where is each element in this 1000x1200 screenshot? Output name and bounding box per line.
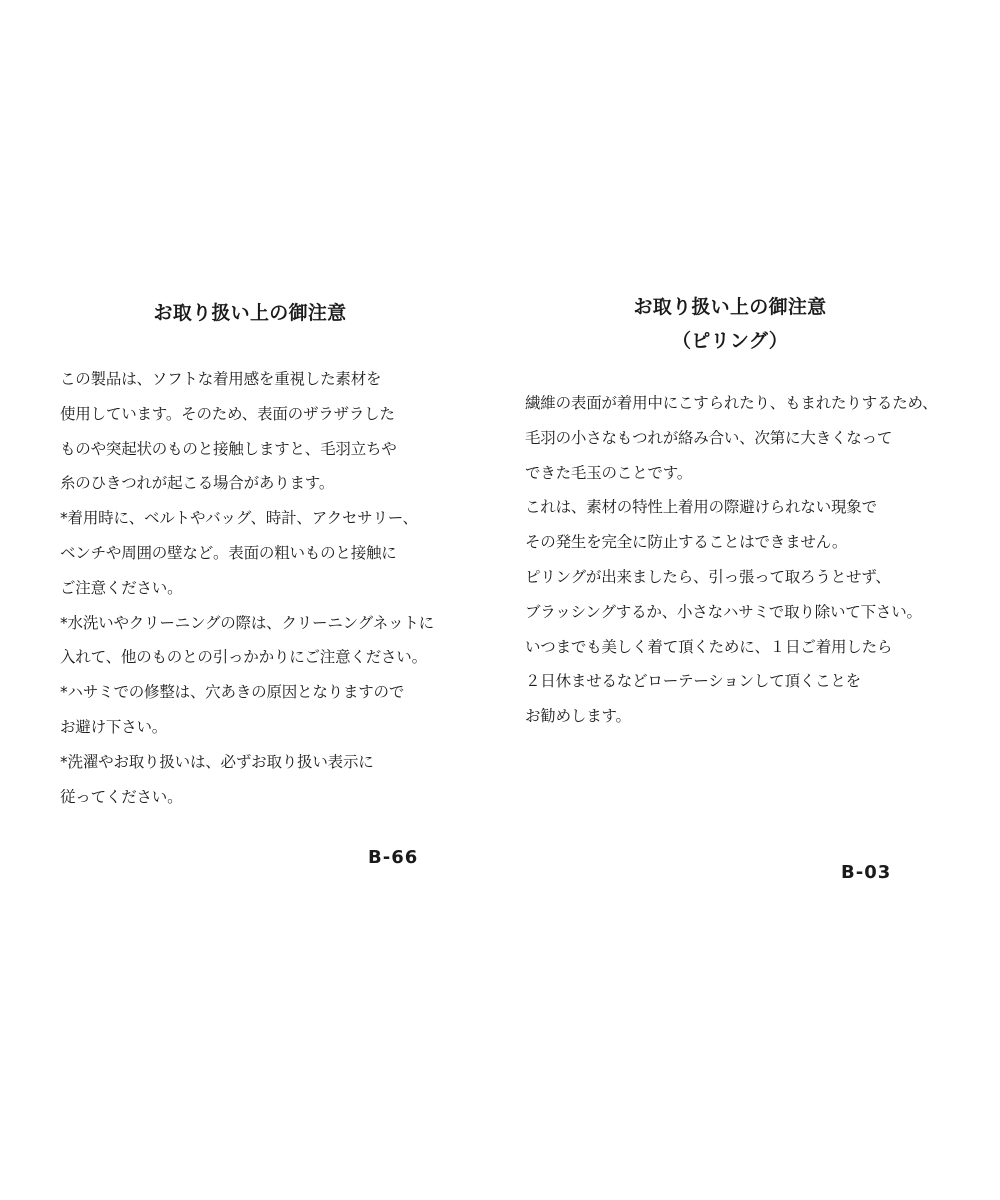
body-line: 従ってください。 — [60, 780, 440, 815]
body-line: *着用時に、ベルトやバッグ、時計、アクセサリー、 — [60, 501, 440, 536]
care-notice-title: お取り扱い上の御注意 — [60, 296, 440, 330]
body-line: 糸のひきつれが起こる場合があります。 — [60, 466, 440, 501]
body-line: ブラッシングするか、小さなハサミで取り除いて下さい。 — [525, 595, 965, 630]
body-line: その発生を完全に防止することはできません。 — [525, 525, 965, 560]
care-notice-title: お取り扱い上の御注意 — [525, 290, 935, 324]
body-line: この製品は、ソフトな着用感を重視した素材を — [60, 362, 440, 397]
care-notice-body: 繊維の表面が着用中にこすられたり、もまれたりするため、 毛羽の小さなもつれが絡み… — [525, 386, 965, 734]
care-notice-general: お取り扱い上の御注意 この製品は、ソフトな着用感を重視した素材を 使用しています… — [60, 296, 440, 814]
body-line: ベンチや周囲の壁など。表面の粗いものと接触に — [60, 536, 440, 571]
body-line: いつまでも美しく着て頂くために、１日ご着用したら — [525, 630, 965, 665]
body-line: ピリングが出来ましたら、引っ張って取ろうとせず、 — [525, 560, 965, 595]
body-line: 毛羽の小さなもつれが絡み合い、次第に大きくなって — [525, 421, 965, 456]
body-line: できた毛玉のことです。 — [525, 456, 965, 491]
body-line: これは、素材の特性上着用の際避けられない現象で — [525, 490, 965, 525]
body-line: ２日休ませるなどローテーションして頂くことを — [525, 664, 965, 699]
body-line: お勧めします。 — [525, 699, 965, 734]
body-line: ご注意ください。 — [60, 571, 440, 606]
body-line: 入れて、他のものとの引っかかりにご注意ください。 — [60, 640, 440, 675]
care-notice-pilling: お取り扱い上の御注意 （ピリング） 繊維の表面が着用中にこすられたり、もまれたり… — [525, 290, 965, 734]
notice-code-label: B-66 — [368, 847, 418, 868]
care-notice-subtitle: （ピリング） — [525, 324, 935, 358]
body-line: *ハサミでの修整は、穴あきの原因となりますので — [60, 675, 440, 710]
body-line: 繊維の表面が着用中にこすられたり、もまれたりするため、 — [525, 386, 965, 421]
body-line: *水洗いやクリーニングの際は、クリーニングネットに — [60, 606, 440, 641]
body-line: *洗濯やお取り扱いは、必ずお取り扱い表示に — [60, 745, 440, 780]
body-line: 使用しています。そのため、表面のザラザラした — [60, 397, 440, 432]
care-notice-body: この製品は、ソフトな着用感を重視した素材を 使用しています。そのため、表面のザラ… — [60, 362, 440, 814]
body-line: お避け下さい。 — [60, 710, 440, 745]
body-line: ものや突起状のものと接触しますと、毛羽立ちや — [60, 432, 440, 467]
notice-code-label: B-03 — [841, 862, 891, 883]
